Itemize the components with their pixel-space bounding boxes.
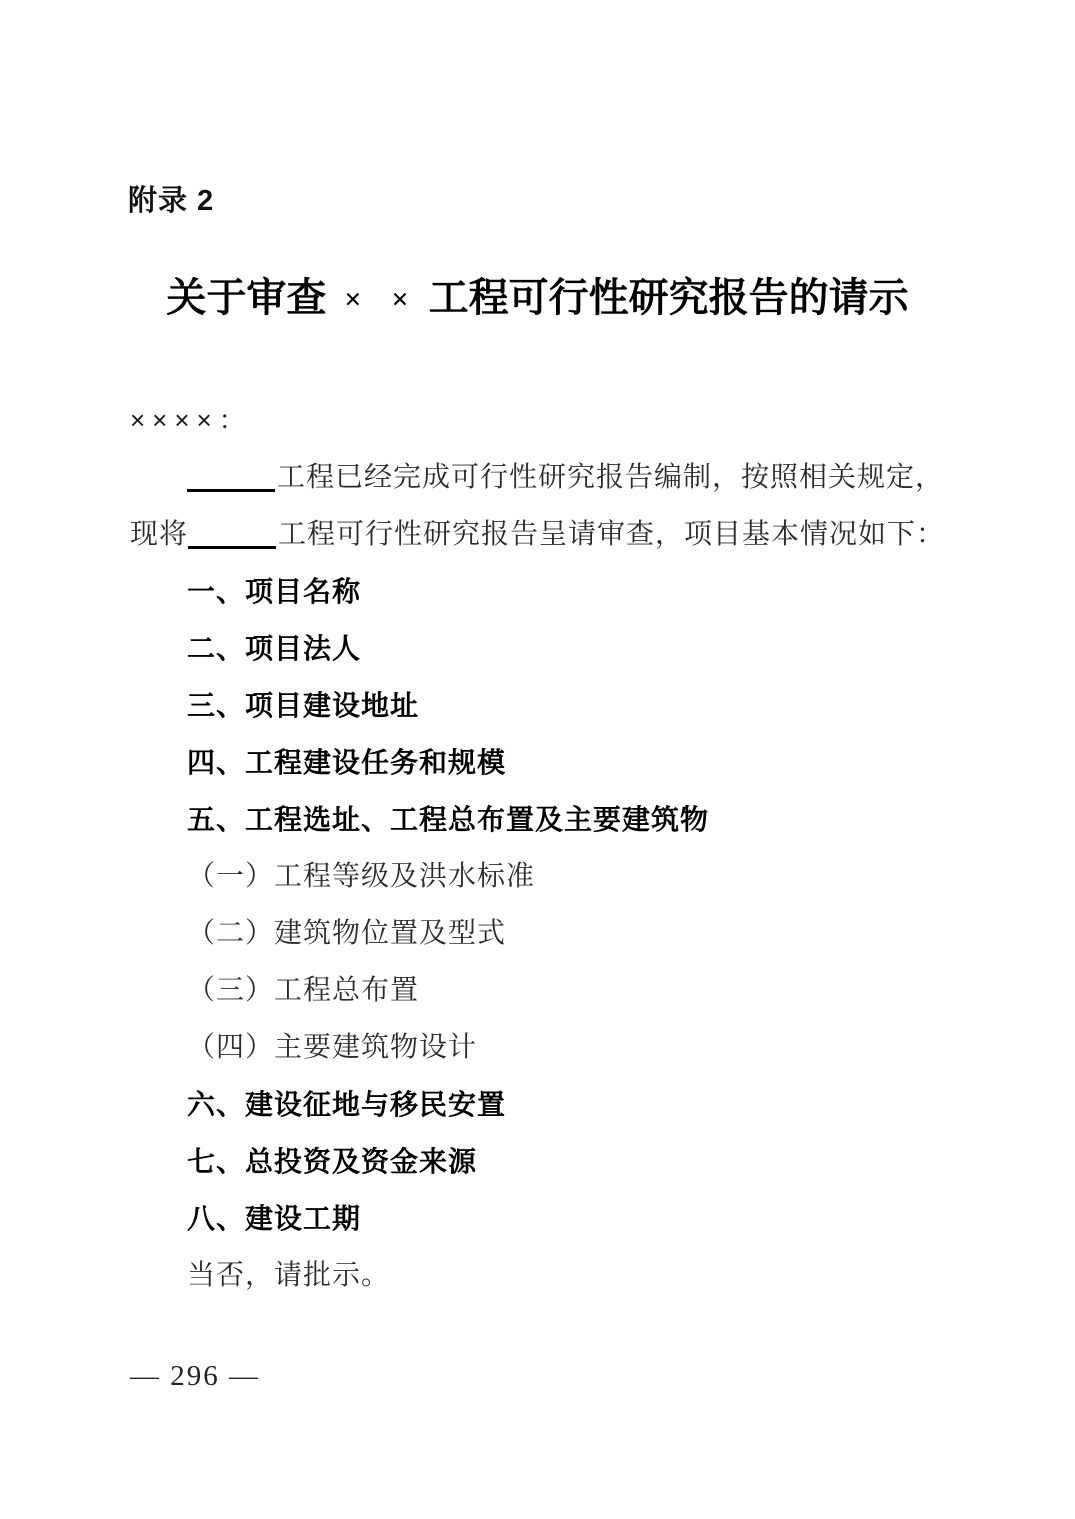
- outline-item-8: 八、建设工期: [130, 1190, 965, 1247]
- salutation-line: ××××：: [130, 392, 965, 449]
- appendix-label: 附录 2: [128, 178, 214, 219]
- paragraph-line-1-text: 工程已经完成可行性研究报告编制，按照相关规定，: [277, 462, 944, 493]
- paragraph-line-2-prefix: 现将: [130, 519, 188, 550]
- outline-item-3: 三、项目建设地址: [130, 677, 965, 734]
- outline-subitem-5-2: （二）建筑物位置及型式: [130, 905, 965, 962]
- outline-item-5: 五、工程选址、工程总布置及主要建筑物: [130, 791, 965, 848]
- outline-item-2: 二、项目法人: [130, 620, 965, 677]
- document-page: 附录 2 关于审查××工程可行性研究报告的请示 ××××： 工程已经完成可行性研…: [0, 0, 1075, 1519]
- paragraph-line-2-text: 工程可行性研究报告呈请审查，项目基本情况如下：: [278, 519, 945, 550]
- title-prefix: 关于审查: [166, 275, 326, 320]
- outline-item-4: 四、工程建设任务和规模: [130, 734, 965, 791]
- title-placeholder-marks: ××: [344, 283, 438, 316]
- page-number: — 296 —: [130, 1360, 260, 1393]
- paragraph-line-1: 工程已经完成可行性研究报告编制，按照相关规定，: [130, 449, 965, 506]
- fill-in-blank-underline: [188, 546, 276, 549]
- outline-subitem-5-1: （一）工程等级及洪水标准: [130, 848, 965, 905]
- outline-item-6: 六、建设征地与移民安置: [130, 1076, 965, 1133]
- title-suffix: 工程可行性研究报告的请示: [429, 275, 909, 320]
- document-body: ××××： 工程已经完成可行性研究报告编制，按照相关规定， 现将工程可行性研究报…: [130, 392, 965, 1304]
- outline-subitem-5-4: （四）主要建筑物设计: [130, 1019, 965, 1076]
- outline-subitem-5-3: （三）工程总布置: [130, 962, 965, 1019]
- fill-in-blank-underline: [187, 489, 275, 492]
- closing-line: 当否，请批示。: [130, 1247, 965, 1304]
- document-title: 关于审查××工程可行性研究报告的请示: [0, 272, 1075, 326]
- paragraph-line-2: 现将工程可行性研究报告呈请审查，项目基本情况如下：: [130, 506, 965, 563]
- outline-item-7: 七、总投资及资金来源: [130, 1133, 965, 1190]
- outline-item-1: 一、项目名称: [130, 563, 965, 620]
